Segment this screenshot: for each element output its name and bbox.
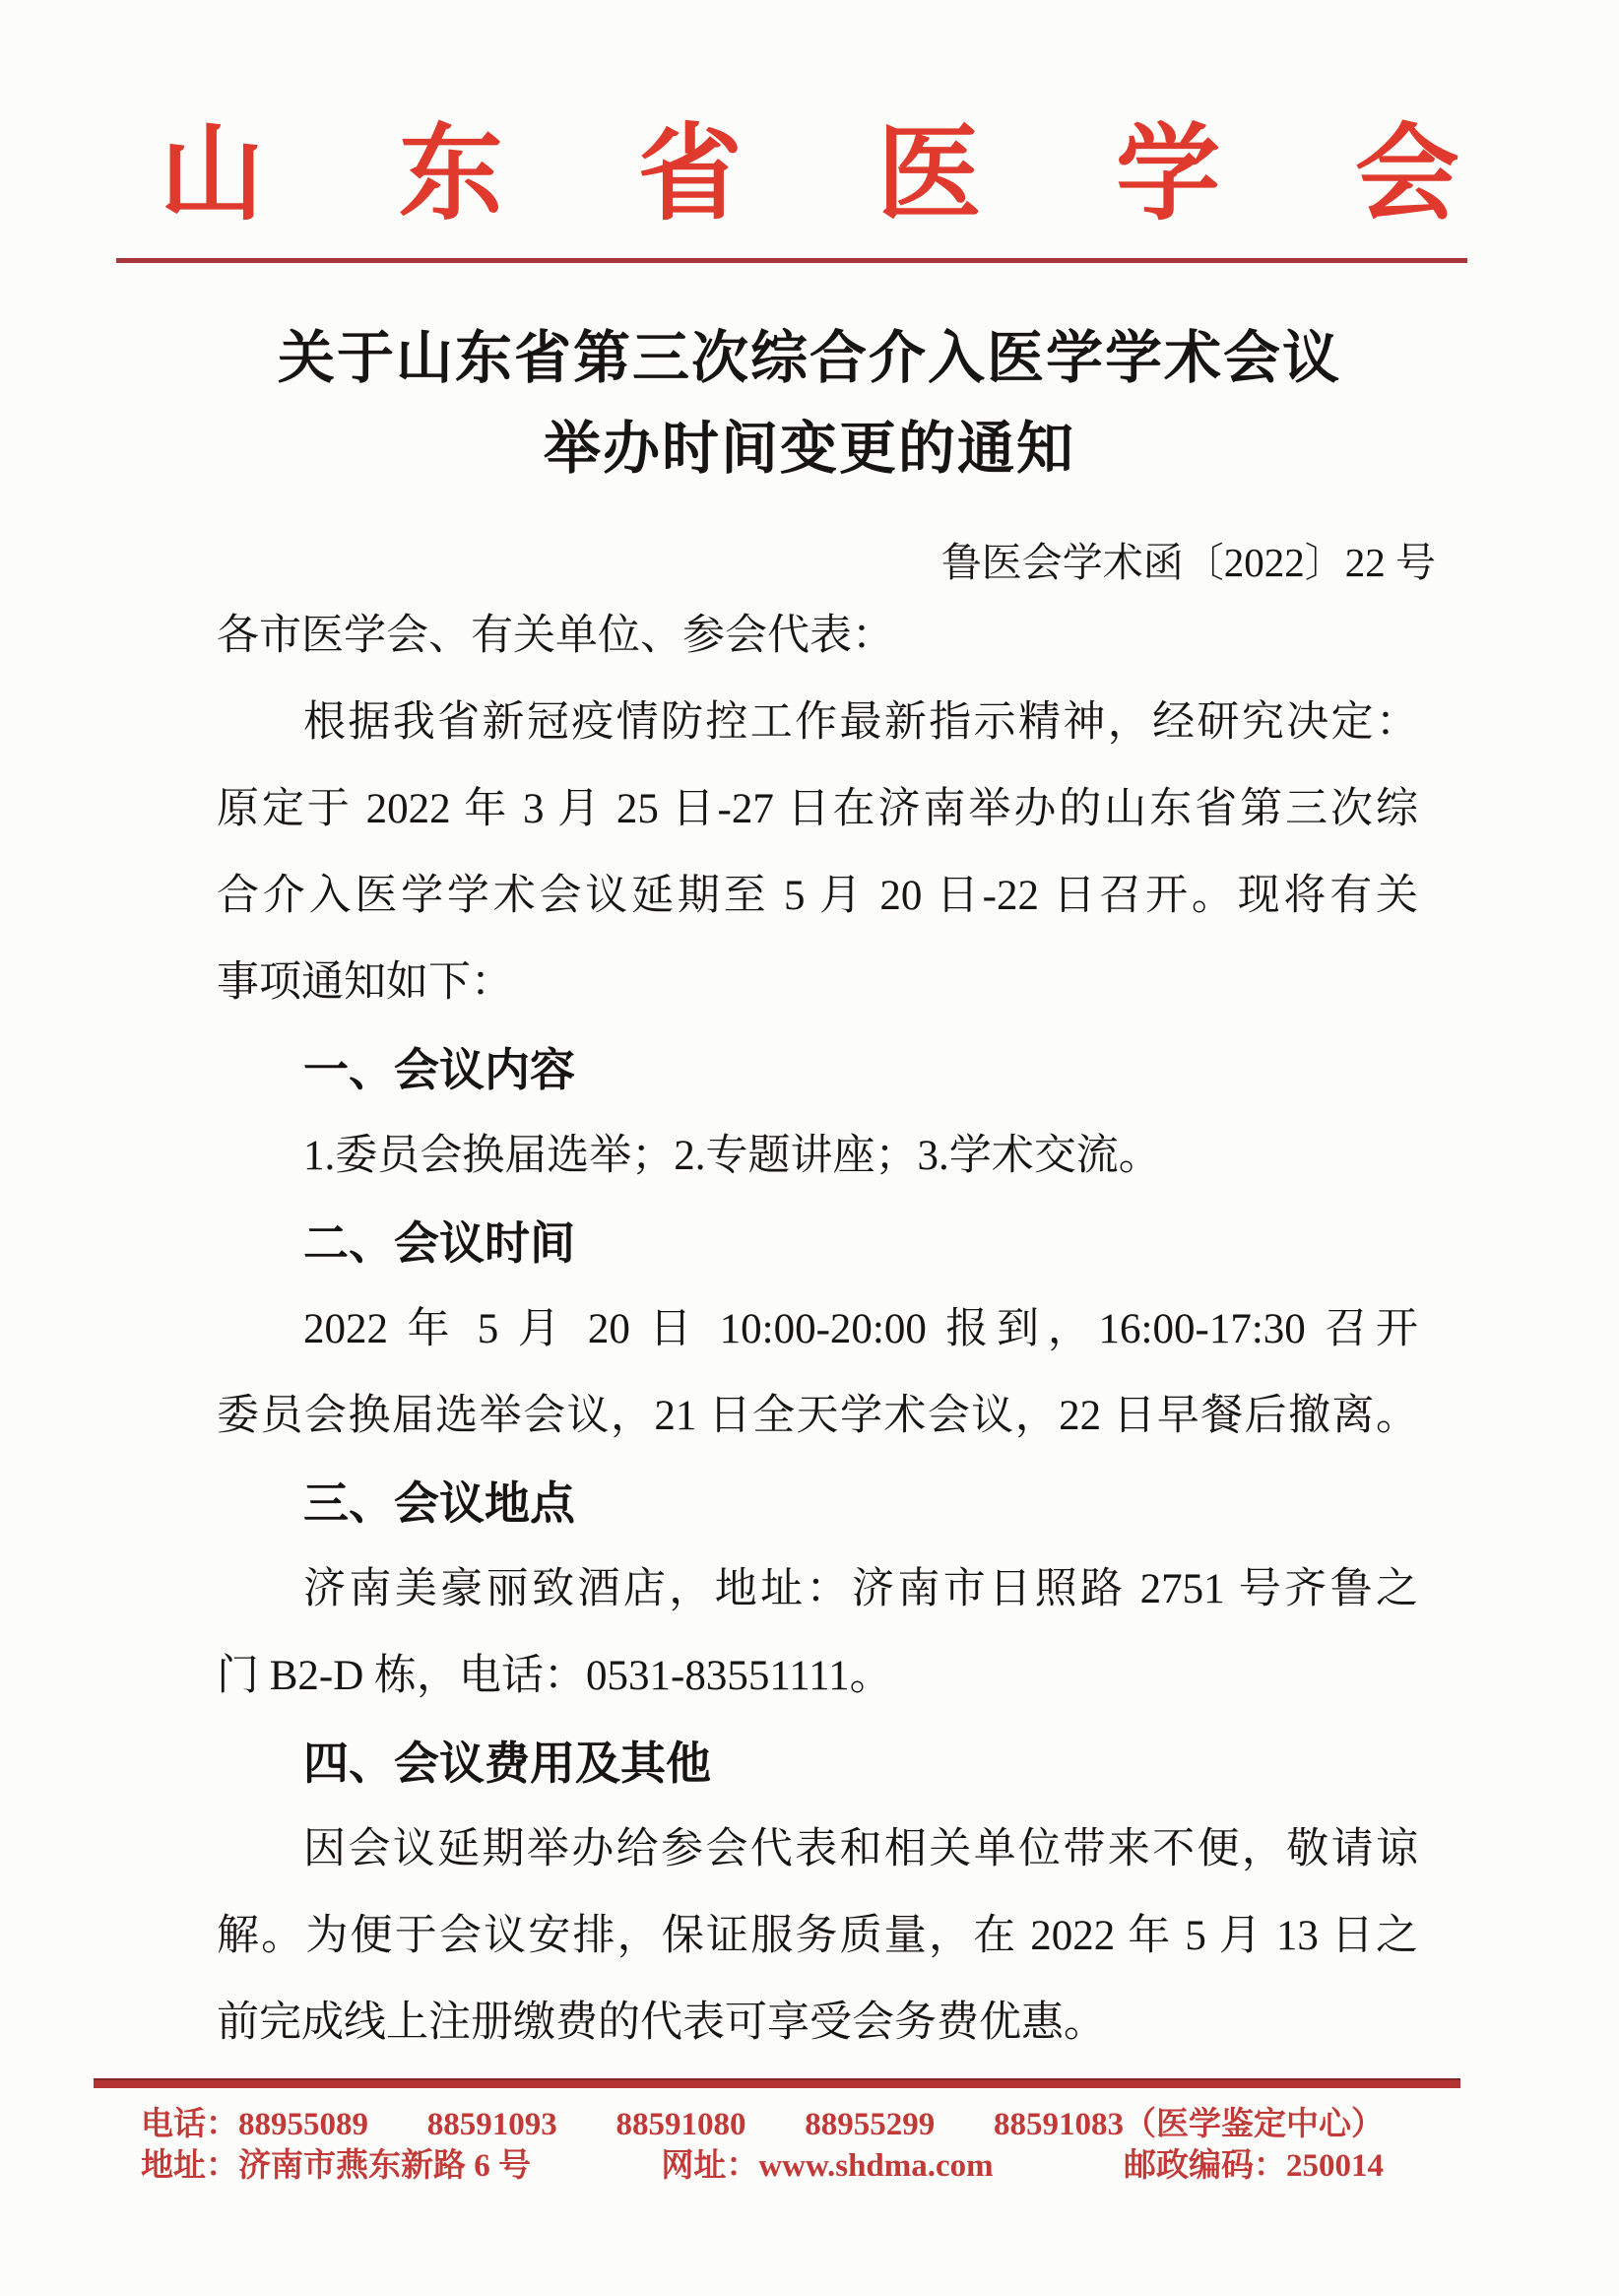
- footer-phone-appraisal: 88591083（医学鉴定中心）: [994, 2098, 1384, 2144]
- document-title-line1: 关于山东省第三次综合介入医学学术会议: [0, 313, 1619, 404]
- paragraph-line: 事项通知如下：: [217, 940, 1418, 1026]
- section-3-content-line: 济南美豪丽致酒店，地址：济南市日照路 2751 号齐鲁之: [217, 1546, 1418, 1633]
- section-2-heading: 二、会议时间: [217, 1200, 1418, 1286]
- section-2-content-line: 2022 年 5 月 20 日 10:00-20:00 报到，16:00-17:…: [217, 1286, 1418, 1373]
- org-name-header: 山 东 省 医 学 会: [0, 110, 1619, 241]
- reference-number: 鲁医会学术函〔2022〕22 号: [0, 530, 1436, 588]
- header-divider-line: [116, 258, 1467, 263]
- footer-address: 地址：济南市燕东新路 6 号: [141, 2139, 531, 2186]
- footer-contacts-line: 电话：88955089 88591093 88591080 88955299 8…: [141, 2098, 1384, 2144]
- paragraph-line: 原定于 2022 年 3 月 25 日-27 日在济南举办的山东省第三次综: [217, 766, 1418, 853]
- footer-phone-item: 88591080: [616, 2107, 746, 2143]
- document-title: 关于山东省第三次综合介入医学学术会议 举办时间变更的通知: [0, 313, 1619, 494]
- paragraph-line: 根据我省新冠疫情防控工作最新指示精神，经研究决定：: [217, 680, 1418, 766]
- footer-phone-item: 88591093: [427, 2107, 557, 2143]
- section-4-content-line: 解。为便于会议安排，保证服务质量，在 2022 年 5 月 13 日之: [217, 1893, 1418, 1980]
- section-3-content-line: 门 B2-D 栋，电话：0531-83551111。: [217, 1633, 1418, 1720]
- footer-website: 网址：www.shdma.com: [661, 2139, 993, 2186]
- notice-body: 各市医学会、有关单位、参会代表： 根据我省新冠疫情防控工作最新指示精神，经研究决…: [217, 593, 1418, 2066]
- section-3-heading: 三、会议地点: [217, 1460, 1418, 1546]
- paragraph-line: 合介入医学学术会议延期至 5 月 20 日-22 日召开。现将有关: [217, 853, 1418, 940]
- section-1-heading: 一、会议内容: [217, 1026, 1418, 1113]
- section-2-content-line: 委员会换届选举会议，21 日全天学术会议，22 日早餐后撤离。: [217, 1373, 1418, 1460]
- section-1-content-line: 1.委员会换届选举；2.专题讲座；3.学术交流。: [217, 1113, 1418, 1200]
- footer-divider-line: [94, 2078, 1460, 2088]
- footer-phone-item: 88955299: [805, 2107, 935, 2143]
- document-title-line2: 举办时间变更的通知: [0, 404, 1619, 494]
- section-4-heading: 四、会议费用及其他: [217, 1720, 1418, 1806]
- section-4-content-line: 前完成线上注册缴费的代表可享受会务费优惠。: [217, 1980, 1418, 2066]
- footer-address-line: 地址：济南市燕东新路 6 号 网址：www.shdma.com 邮政编码：250…: [141, 2139, 1384, 2186]
- salutation-line: 各市医学会、有关单位、参会代表：: [217, 593, 1418, 680]
- document-page: 山 东 省 医 学 会 关于山东省第三次综合介入医学学术会议 举办时间变更的通知…: [0, 0, 1619, 2296]
- section-4-content-line: 因会议延期举办给参会代表和相关单位带来不便，敬请谅: [217, 1806, 1418, 1893]
- footer-postcode: 邮政编码：250014: [1124, 2139, 1384, 2186]
- footer-phone: 电话：88955089: [141, 2098, 368, 2144]
